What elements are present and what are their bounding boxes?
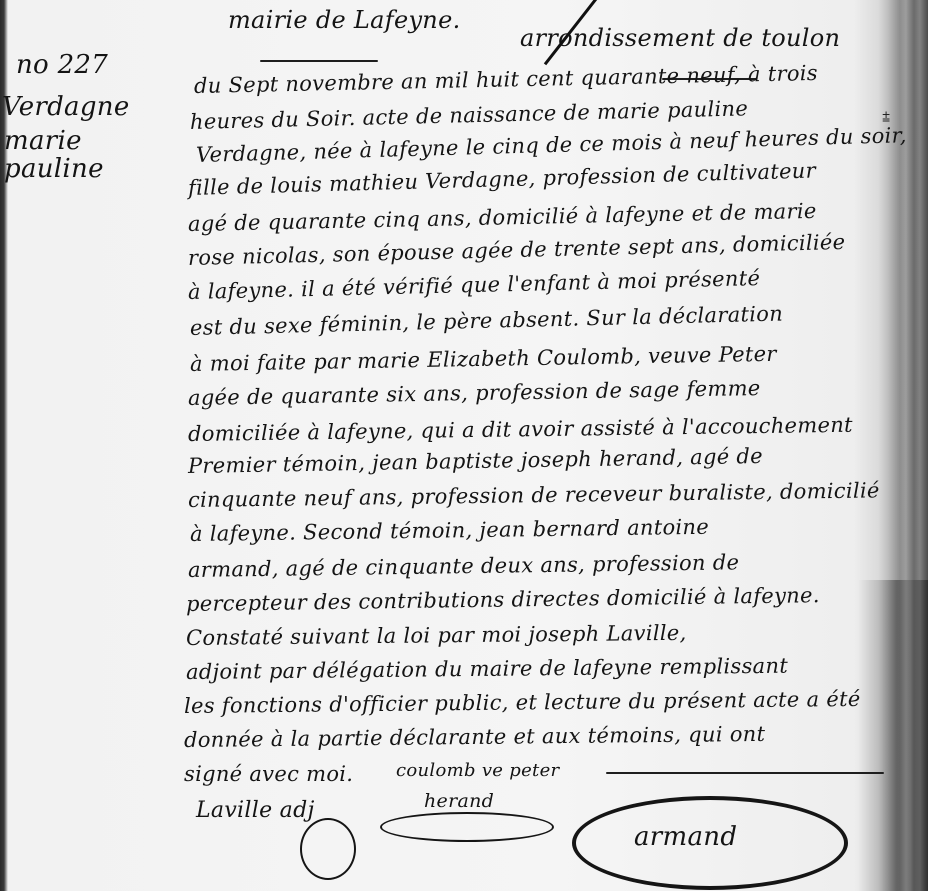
signature-officer: Laville adj xyxy=(196,798,315,823)
signature-flourish-loop xyxy=(300,818,356,880)
body-line: à moi faite par marie Elizabeth Coulomb,… xyxy=(190,342,777,376)
body-line: agée de quarante six ans, profession de … xyxy=(188,376,761,410)
signature-declarant: coulomb ve peter xyxy=(396,760,559,781)
body-line: Premier témoin, jean baptiste joseph her… xyxy=(188,444,763,478)
signature-witness-armand: armand xyxy=(634,822,737,852)
body-line: agé de quarante cinq ans, domicilié à la… xyxy=(188,199,817,236)
margin-surname: Verdagne xyxy=(2,90,130,124)
body-line: signé avec moi. xyxy=(184,762,353,786)
closing-rule xyxy=(606,772,884,774)
margin-record-number: no 227 xyxy=(16,48,108,82)
body-line: domiciliée à lafeyne, qui a dit avoir as… xyxy=(188,413,853,446)
body-line: rose nicolas, son épouse agée de trente … xyxy=(188,230,846,270)
body-line: donnée à la partie déclarante et aux tém… xyxy=(184,722,766,752)
signature-witness-herand: herand xyxy=(424,790,494,812)
body-line: percepteur des contributions directes do… xyxy=(186,583,820,616)
signature-flourish-underline xyxy=(380,812,554,842)
header-rule-left xyxy=(260,60,378,62)
body-line: les fonctions d'officier public, et lect… xyxy=(184,687,861,718)
body-line: à lafeyne. il a été vérifié que l'enfant… xyxy=(188,266,761,304)
body-line: du Sept novembre an mil huit cent quaran… xyxy=(194,61,818,98)
body-line: Constaté suivant la loi par moi joseph L… xyxy=(186,621,687,650)
book-gutter-shadow xyxy=(858,580,928,891)
body-line: armand, agé de cinquante deux ans, profe… xyxy=(188,550,740,582)
margin-given-name-2: pauline xyxy=(4,152,104,186)
body-line: fille de louis mathieu Verdagne, profess… xyxy=(188,158,817,200)
header-arrondissement: arrondissement de toulon xyxy=(520,24,840,52)
body-line: heures du Soir. acte de naissance de mar… xyxy=(190,96,749,134)
body-line: est du sexe féminin, le père absent. Sur… xyxy=(190,302,784,340)
header-mairie: mairie de Lafeyne. xyxy=(228,6,461,34)
body-line: cinquante neuf ans, profession de receve… xyxy=(188,478,880,512)
body-line: à lafeyne. Second témoin, jean bernard a… xyxy=(190,515,709,546)
margin-tick-mark: ⩲ xyxy=(882,110,890,126)
body-line: adjoint par délégation du maire de lafey… xyxy=(186,654,788,684)
scanned-register-page: mairie de Lafeyne. arrondissement de tou… xyxy=(0,0,928,891)
